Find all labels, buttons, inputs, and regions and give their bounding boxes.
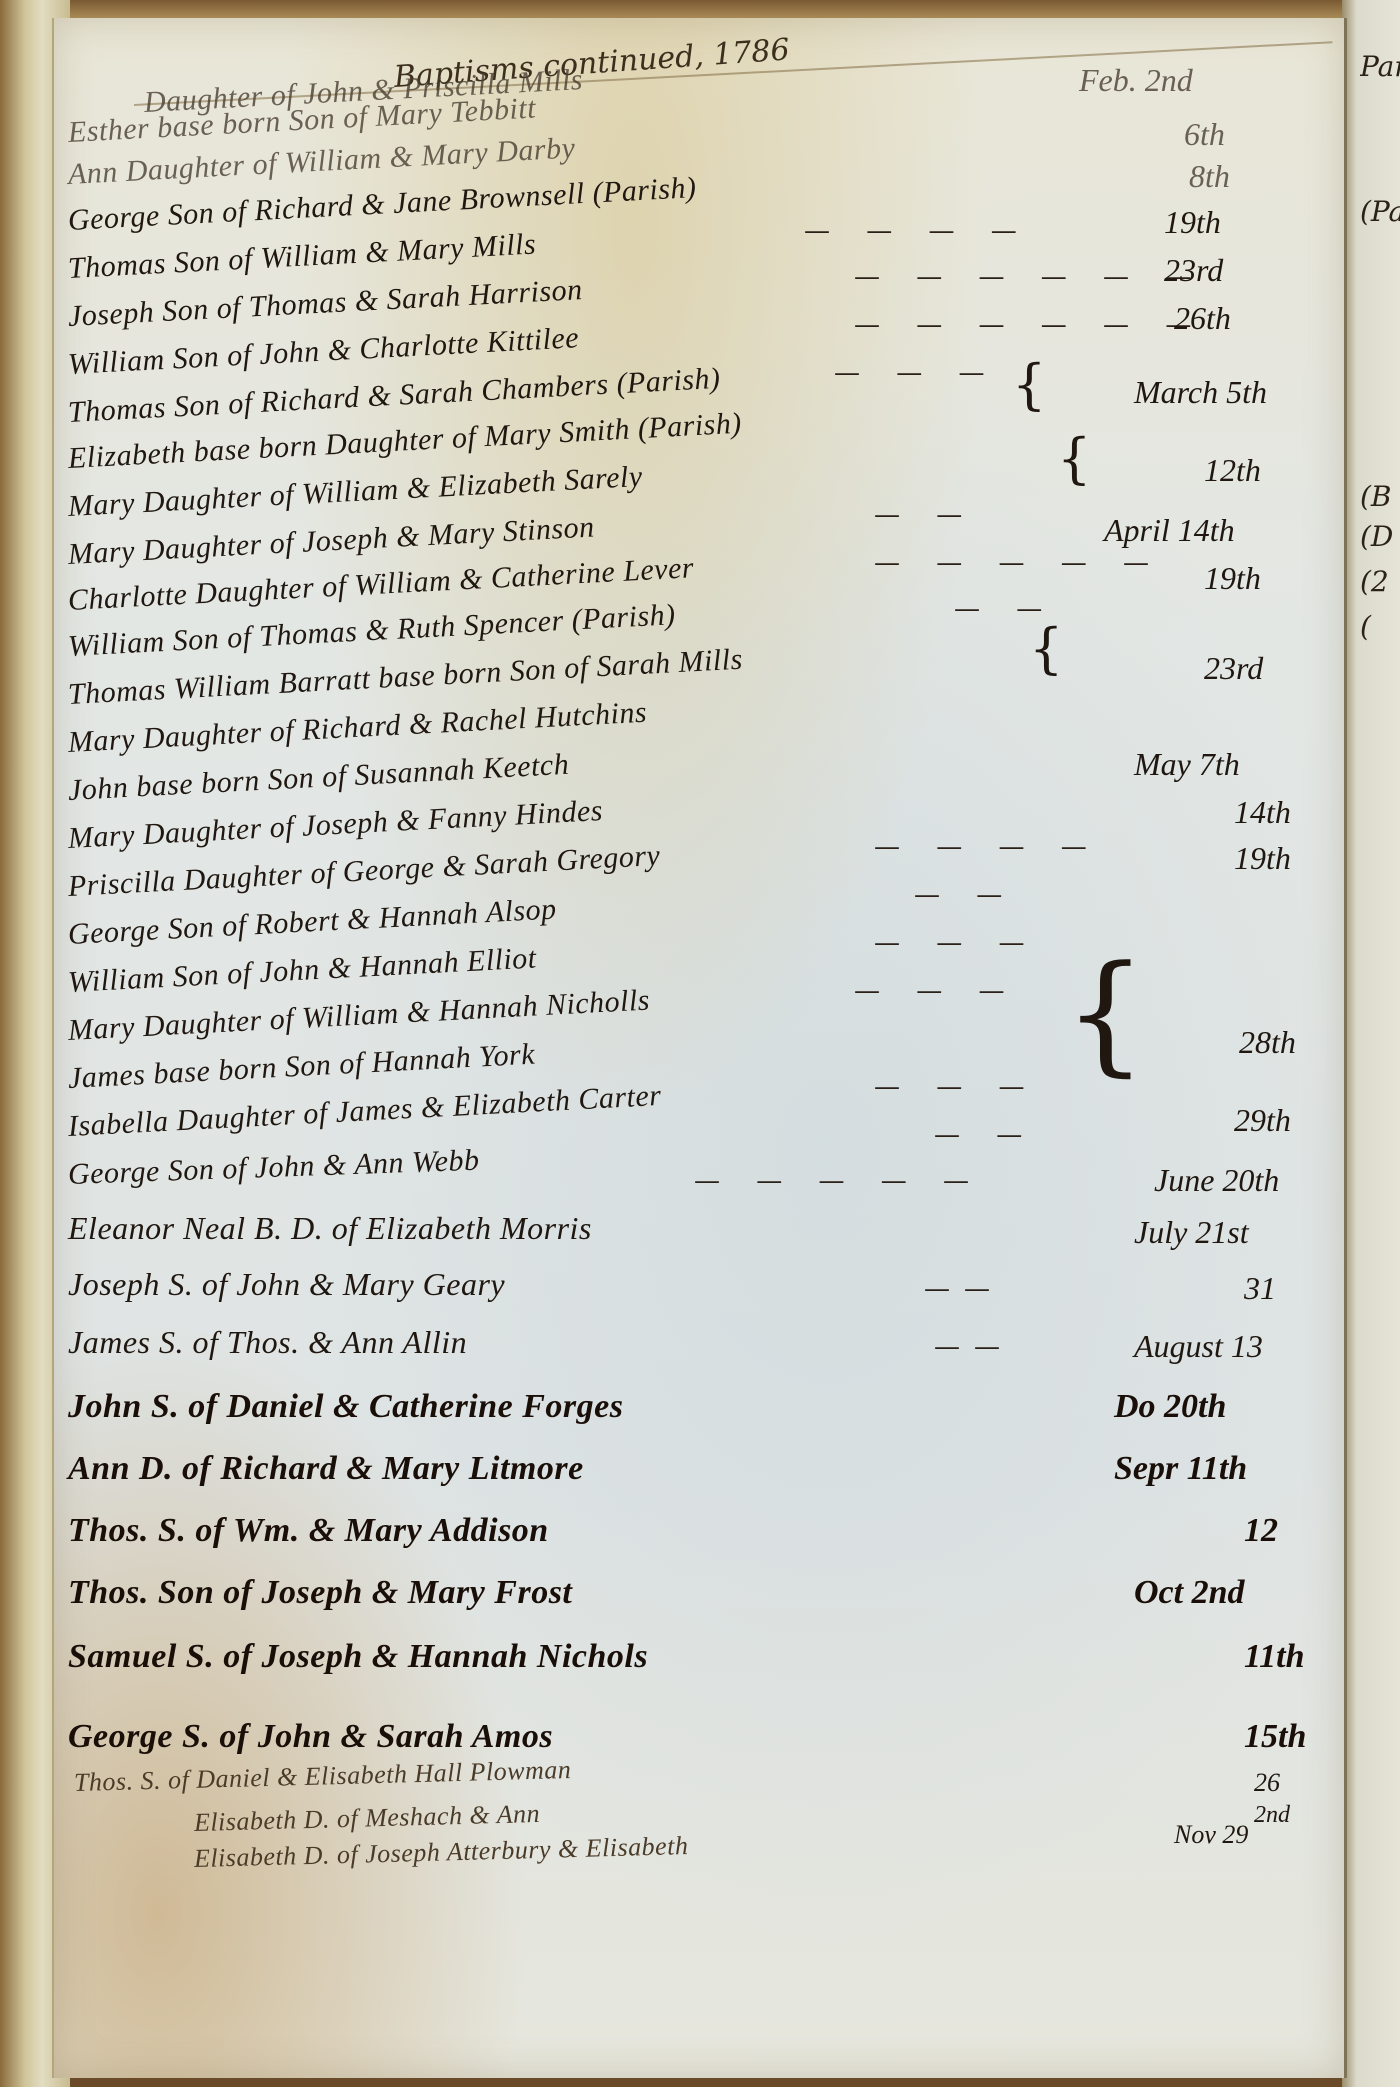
entry-text: George Son of John & Ann Webb (67, 1144, 480, 1192)
register-entry: Ann D. of Richard & Mary Litmore Sepr 11… (54, 1450, 1344, 1490)
entry-date: 12th (1204, 452, 1261, 489)
register-entry: Joseph S. of John & Mary Geary —— 31 (54, 1266, 1344, 1306)
register-entry: Mary Daughter of William & Hannah Nichol… (54, 1014, 1344, 1054)
entry-text: Thos. S. of Wm. & Mary Addison (68, 1512, 549, 1550)
register-entry: Samuel S. of Joseph & Hannah Nichols 11t… (54, 1638, 1344, 1678)
entry-date: 8th (1189, 158, 1230, 195)
leader-dashes: —— (934, 1332, 1014, 1362)
entry-text: Samuel S. of Joseph & Hannah Nichols (68, 1638, 648, 1676)
register-entry: John base born Son of Susannah Keetch 14… (54, 774, 1344, 814)
register-entry: Charlotte Daughter of William & Catherin… (54, 584, 1344, 624)
facing-page-edge (1342, 0, 1400, 2087)
leader-dashes: — — — — — — (854, 310, 1205, 340)
entry-date: 23rd (1164, 252, 1223, 289)
facing-page-text: (D (1360, 520, 1400, 553)
leader-dashes: — — — — — (874, 548, 1163, 578)
grouping-brace: { (1057, 432, 1091, 486)
register-entry: Thos. Son of Joseph & Mary Frost Oct 2nd (54, 1574, 1344, 1614)
entry-text: Joseph S. of John & Mary Geary (68, 1266, 505, 1303)
register-entry: Mary Daughter of Joseph & Fanny Hindes —… (54, 822, 1344, 862)
facing-page-text: Parish (1360, 50, 1400, 83)
register-entry: Thomas William Barratt base born Son of … (54, 678, 1344, 718)
entry-date: 6th (1184, 116, 1225, 153)
register-entry: Isabella Daughter of James & Elizabeth C… (54, 1110, 1344, 1150)
entry-date: 12 (1244, 1512, 1278, 1550)
entry-text: George S. of John & Sarah Amos (68, 1718, 553, 1756)
register-entry: Thos. S. of Wm. & Mary Addison 12 (54, 1512, 1344, 1552)
entry-date: 26th (1174, 300, 1231, 337)
entry-date: 11th (1244, 1638, 1304, 1676)
register-entry: William Son of John & Hannah Elliot — — … (54, 966, 1344, 1006)
entry-date: 2nd (1254, 1802, 1290, 1829)
entry-date: August 13 (1134, 1328, 1263, 1365)
register-entry: Ann Daughter of William & Mary Darby 8th (54, 158, 1344, 198)
entry-date: Do 20th (1114, 1388, 1226, 1426)
entry-text: Thos. S. of Daniel & Elisabeth Hall Plow… (74, 1755, 572, 1798)
leader-dashes: — — — (874, 1072, 1039, 1102)
register-entry: Eleanor Neal B. D. of Elizabeth Morris J… (54, 1210, 1344, 1250)
facing-page-text: (Parish (1360, 195, 1400, 228)
leader-dashes: — — — — — — (854, 262, 1205, 292)
leader-dashes: —— (924, 1274, 1004, 1304)
facing-page-text: (B (1360, 480, 1400, 513)
entry-date: 29th (1234, 1102, 1291, 1139)
register-page: Baptisms continued, 1786 Daughter of Joh… (52, 18, 1347, 2078)
entry-date: 15th (1244, 1718, 1306, 1756)
register-entry: Joseph Son of Thomas & Sarah Harrison — … (54, 300, 1344, 340)
entry-date: 19th (1164, 204, 1221, 241)
entry-date: Feb. 2nd (1079, 62, 1193, 99)
register-entry: Thos. S. of Daniel & Elisabeth Hall Plow… (54, 1768, 1344, 1808)
register-entry: James base born Son of Hannah York — — — (54, 1062, 1344, 1102)
register-entry: Priscilla Daughter of George & Sarah Gre… (54, 870, 1344, 910)
register-entry: Mary Daughter of Richard & Rachel Hutchi… (54, 726, 1344, 766)
leader-dashes: — — (874, 500, 976, 530)
register-entry: George Son of Richard & Jane Brownsell (… (54, 204, 1344, 244)
entry-date: July 21st (1134, 1214, 1249, 1251)
register-entry: George Son of Robert & Hannah Alsop — — … (54, 918, 1344, 958)
register-entry: Mary Daughter of William & Elizabeth Sar… (54, 490, 1344, 530)
entry-text: Eleanor Neal B. D. of Elizabeth Morris (68, 1210, 592, 1247)
entry-text: Ann D. of Richard & Mary Litmore (68, 1450, 584, 1488)
register-entry: John S. of Daniel & Catherine Forges Do … (54, 1388, 1344, 1428)
entry-text: John S. of Daniel & Catherine Forges (68, 1388, 623, 1426)
register-entry: George Son of John & Ann Webb — — — — — … (54, 1158, 1344, 1198)
register-entry: James S. of Thos. & Ann Allin —— August … (54, 1324, 1344, 1364)
leader-dashes: — — — — (804, 216, 1031, 246)
entry-date: March 5th (1134, 374, 1267, 411)
entry-date: Sepr 11th (1114, 1450, 1247, 1488)
leader-dashes: — — — (854, 976, 1019, 1006)
register-entry: Thomas Son of William & Mary Mills — — —… (54, 252, 1344, 292)
entry-date: June 20th (1154, 1162, 1279, 1199)
register-entry: Elisabeth D. of Joseph Atterbury & Elisa… (54, 1844, 1344, 1884)
register-entry: George S. of John & Sarah Amos 15th (54, 1718, 1344, 1758)
leader-dashes: — — (934, 1120, 1036, 1150)
leader-dashes: — — — (874, 928, 1039, 958)
entry-date: Nov 29 (1174, 1820, 1248, 1850)
entry-date: 26 (1254, 1768, 1280, 1798)
facing-page-text: ( (1360, 610, 1400, 643)
grouping-brace: { (1029, 622, 1063, 676)
entry-date: 28th (1239, 1024, 1296, 1061)
entry-date: 31 (1244, 1270, 1276, 1307)
facing-page-text: (2 (1360, 565, 1400, 598)
leader-dashes: — — — — (874, 832, 1101, 862)
entry-text: Thos. Son of Joseph & Mary Frost (68, 1574, 572, 1612)
register-entry: Mary Daughter of Joseph & Mary Stinson —… (54, 538, 1344, 578)
entry-date: Oct 2nd (1134, 1574, 1245, 1612)
leader-dashes: — — — (834, 358, 999, 388)
register-entry: Elizabeth base born Daughter of Mary Smi… (54, 442, 1344, 482)
leader-dashes: — — — — — (694, 1166, 983, 1196)
leader-dashes: — — (914, 880, 1016, 910)
entry-text: James S. of Thos. & Ann Allin (68, 1324, 467, 1361)
